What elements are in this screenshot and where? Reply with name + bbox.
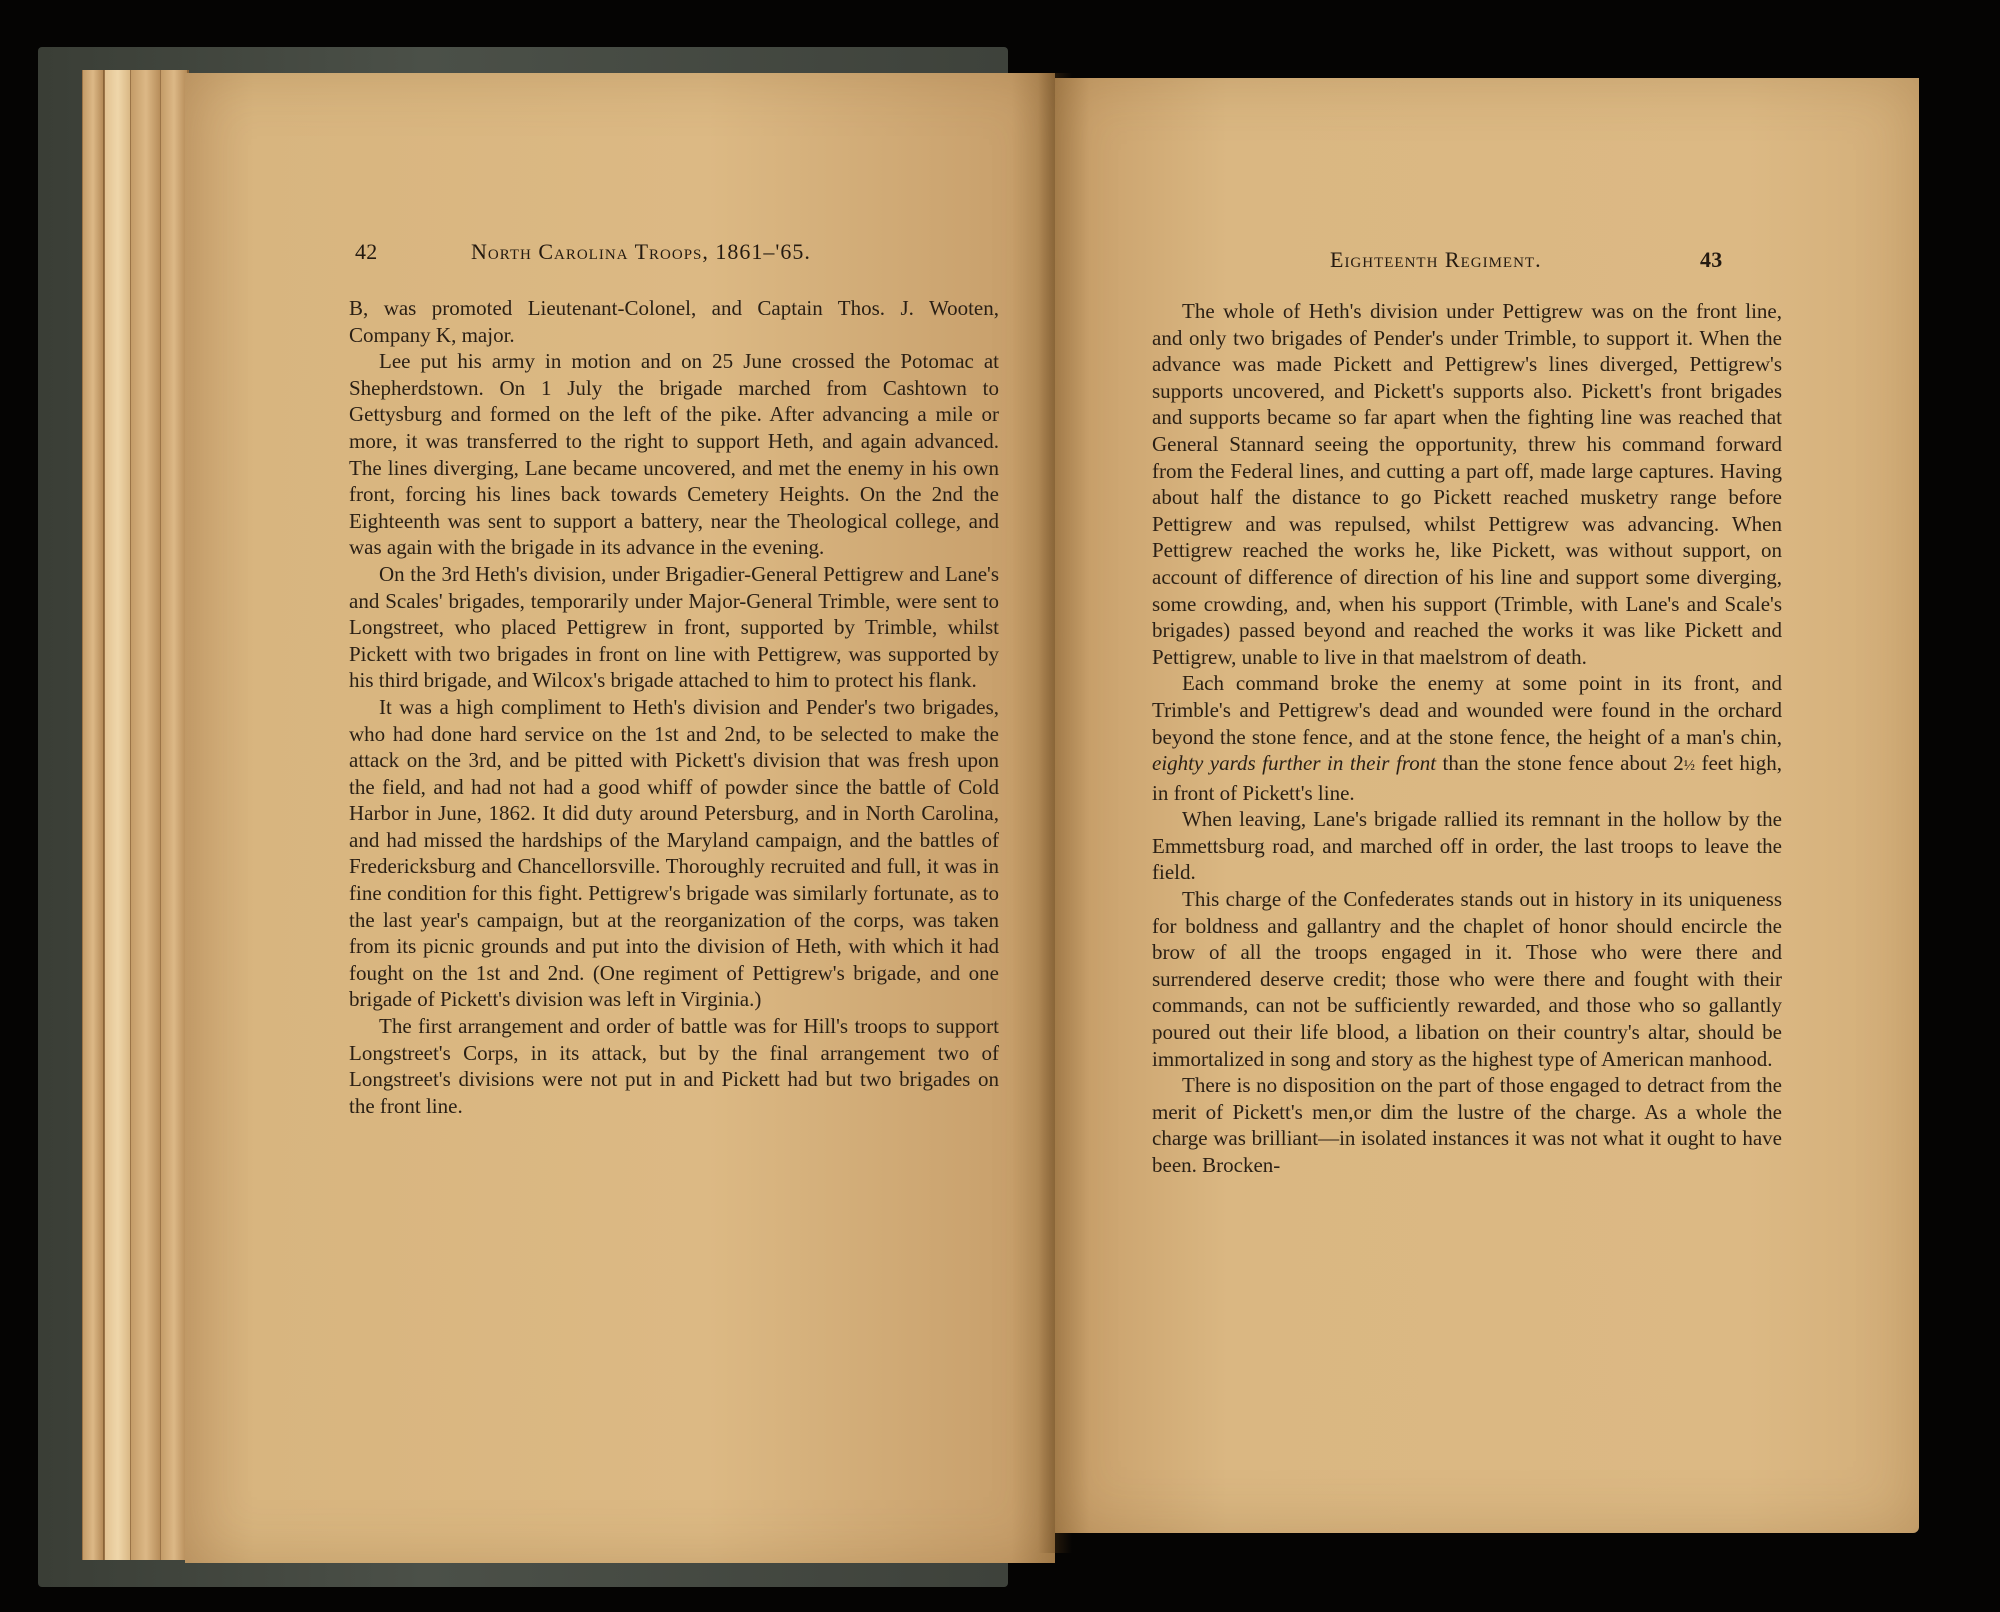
page-number-right: 43 [1700,247,1723,273]
paragraph: On the 3rd Heth's division, under Brigad… [349,561,999,694]
paragraph: B, was promoted Lieutenant-Colonel, and … [349,295,999,348]
paragraph: The first arrangement and order of battl… [349,1013,999,1119]
running-head-right: Eighteenth Regiment. [1330,247,1542,273]
running-head-left: North Carolina Troops, 1861–'65. [471,239,811,265]
page-edge [130,70,163,1560]
paragraph: This charge of the Confederates stands o… [1152,886,1782,1072]
paragraph: Lee put his army in motion and on 25 Jun… [349,348,999,561]
left-page: 42 North Carolina Troops, 1861–'65. B, w… [185,73,1055,1563]
right-page-body: The whole of Heth's division under Petti… [1152,298,1782,1179]
paragraph: Each command broke the enemy at some poi… [1152,670,1782,806]
right-page: Eighteenth Regiment. 43 The whole of Het… [1055,78,1919,1533]
paragraph: There is no disposition on the part of t… [1152,1072,1782,1178]
page-edge [104,70,133,1560]
left-page-body: B, was promoted Lieutenant-Colonel, and … [349,295,999,1119]
page-edge [82,70,105,1560]
page-number-left: 42 [355,239,378,265]
paragraph: It was a high compliment to Heth's divis… [349,694,999,1013]
paragraph: The whole of Heth's division under Petti… [1152,298,1782,670]
paragraph: When leaving, Lane's brigade rallied its… [1152,806,1782,886]
